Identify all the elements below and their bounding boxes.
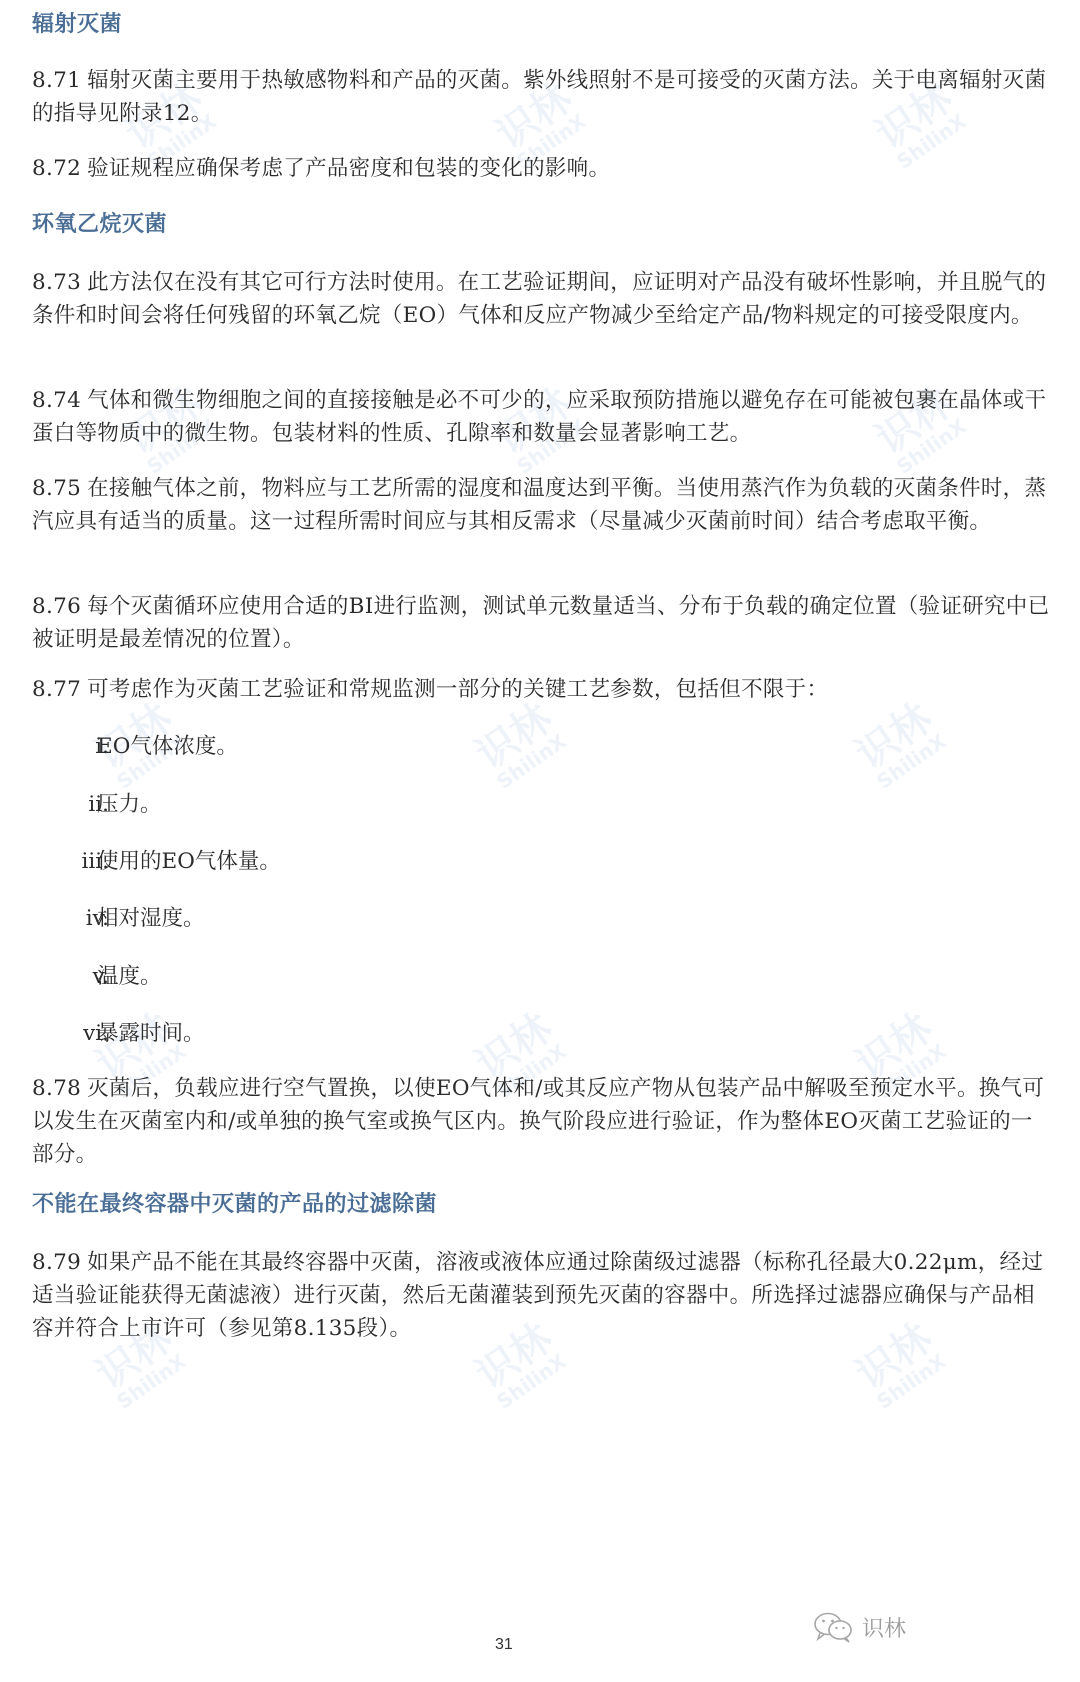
paragraph-text: 可考虑作为灭菌工艺验证和常规监测一部分的关键工艺参数，包括但不限于： bbox=[87, 677, 828, 702]
paragraph-text: 如果产品不能在其最终容器中灭菌，溶液或液体应通过除菌级过滤器（标称孔径最大0.2… bbox=[32, 1250, 1043, 1341]
paragraph-8-73: 8.73此方法仅在没有其它可行方法时使用。在工艺验证期间，应证明对产品没有破坏性… bbox=[32, 266, 1052, 332]
paragraph-number: 8.75 bbox=[32, 476, 81, 501]
list-item-text: 相对湿度。 bbox=[97, 902, 205, 935]
list-item-relative-humidity: iv. 相对湿度。 bbox=[32, 902, 632, 935]
paragraph-8-75: 8.75在接触气体之前，物料应与工艺所需的湿度和温度达到平衡。当使用蒸汽作为负载… bbox=[32, 472, 1052, 538]
paragraph-number: 8.74 bbox=[32, 388, 81, 413]
paragraph-8-76: 8.76每个灭菌循环应使用合适的BI进行监测，测试单元数量适当、分布于负载的确定… bbox=[32, 590, 1052, 656]
wechat-account-badge: 识林 bbox=[812, 1610, 906, 1644]
document-page: 识林ShilinX 识林ShilinX 识林ShilinX 识林ShilinX … bbox=[0, 0, 1080, 1682]
paragraph-number: 8.73 bbox=[32, 270, 81, 295]
paragraph-text: 气体和微生物细胞之间的直接接触是必不可少的，应采取预防措施以避免存在可能被包裹在… bbox=[32, 388, 1046, 446]
paragraph-8-74: 8.74气体和微生物细胞之间的直接接触是必不可少的，应采取预防措施以避免存在可能… bbox=[32, 384, 1052, 450]
paragraph-text: 辐射灭菌主要用于热敏感物料和产品的灭菌。紫外线照射不是可接受的灭菌方法。关于电离… bbox=[32, 68, 1046, 126]
list-item-exposure-time: vi. 暴露时间。 bbox=[32, 1017, 632, 1050]
list-item-temperature: v. 温度。 bbox=[32, 960, 632, 993]
paragraph-number: 8.76 bbox=[32, 594, 81, 619]
paragraph-8-72: 8.72验证规程应确保考虑了产品密度和包装的变化的影响。 bbox=[32, 152, 1052, 185]
paragraph-number: 8.71 bbox=[32, 68, 81, 93]
paragraph-number: 8.78 bbox=[32, 1076, 81, 1101]
paragraph-8-71: 8.71辐射灭菌主要用于热敏感物料和产品的灭菌。紫外线照射不是可接受的灭菌方法。… bbox=[32, 64, 1052, 130]
paragraph-number: 8.72 bbox=[32, 156, 81, 181]
section-heading-filtration-sterilization: 不能在最终容器中灭菌的产品的过滤除菌 bbox=[32, 1190, 437, 1220]
paragraph-number: 8.79 bbox=[32, 1250, 81, 1275]
paragraph-text: 灭菌后，负载应进行空气置换，以使EO气体和/或其反应产物从包装产品中解吸至预定水… bbox=[32, 1076, 1044, 1167]
watermark: 识林ShilinX bbox=[850, 697, 950, 792]
section-heading-eo-sterilization: 环氧乙烷灭菌 bbox=[32, 210, 167, 240]
paragraph-text: 验证规程应确保考虑了产品密度和包装的变化的影响。 bbox=[87, 156, 610, 181]
wechat-account-name: 识林 bbox=[862, 1612, 906, 1643]
paragraph-8-79: 8.79如果产品不能在其最终容器中灭菌，溶液或液体应通过除菌级过滤器（标称孔径最… bbox=[32, 1246, 1052, 1345]
list-item-text: 使用的EO气体量。 bbox=[97, 845, 281, 878]
paragraph-8-78: 8.78灭菌后，负载应进行空气置换，以使EO气体和/或其反应产物从包装产品中解吸… bbox=[32, 1072, 1052, 1171]
page-number: 31 bbox=[495, 1636, 513, 1654]
section-heading-radiation-sterilization: 辐射灭菌 bbox=[32, 10, 122, 40]
paragraph-text: 在接触气体之前，物料应与工艺所需的湿度和温度达到平衡。当使用蒸汽作为负载的灭菌条… bbox=[32, 476, 1046, 534]
paragraph-number: 8.77 bbox=[32, 677, 81, 702]
list-item-pressure: ii. 压力。 bbox=[32, 788, 632, 821]
list-item-eo-gas-amount: iii. 使用的EO气体量。 bbox=[32, 845, 632, 878]
list-item-text: 温度。 bbox=[97, 960, 162, 993]
wechat-icon bbox=[812, 1610, 856, 1644]
list-item-text: 暴露时间。 bbox=[97, 1017, 205, 1050]
list-item-text: 压力。 bbox=[97, 788, 162, 821]
paragraph-text: 此方法仅在没有其它可行方法时使用。在工艺验证期间，应证明对产品没有破坏性影响，并… bbox=[32, 270, 1046, 328]
paragraph-text: 每个灭菌循环应使用合适的BI进行监测，测试单元数量适当、分布于负载的确定位置（验… bbox=[32, 594, 1049, 652]
list-item-text: EO气体浓度。 bbox=[97, 730, 238, 763]
paragraph-8-77: 8.77可考虑作为灭菌工艺验证和常规监测一部分的关键工艺参数，包括但不限于： bbox=[32, 673, 1052, 706]
list-item-eo-concentration: i. EO气体浓度。 bbox=[32, 730, 632, 763]
